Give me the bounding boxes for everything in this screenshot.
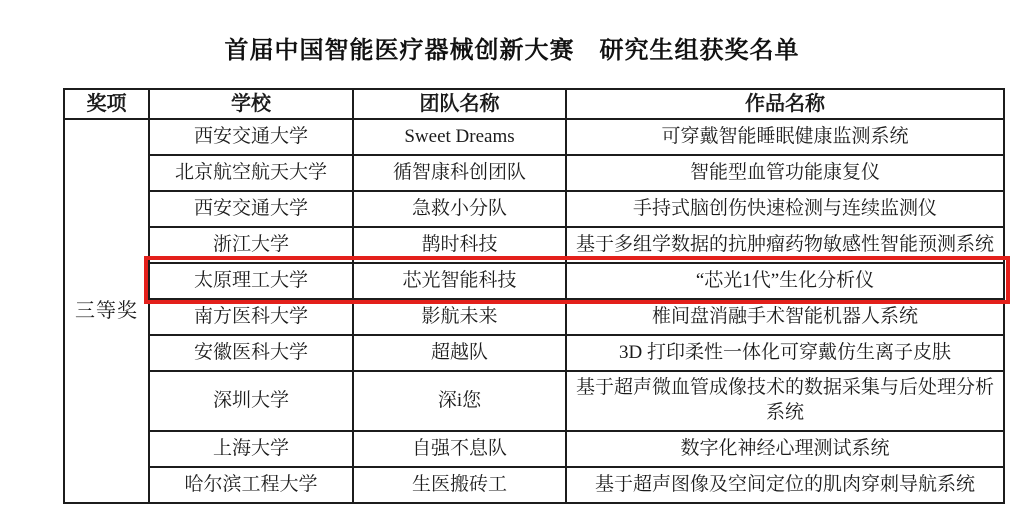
cell-school: 太原理工大学 bbox=[149, 263, 353, 299]
cell-team: 生医搬砖工 bbox=[353, 467, 566, 503]
document-page: { "title": "首届中国智能医疗器械创新大赛 研究生组获奖名单", "t… bbox=[0, 0, 1024, 529]
page-title: 首届中国智能医疗器械创新大赛 研究生组获奖名单 bbox=[0, 30, 1024, 65]
cell-team: 芯光智能科技 bbox=[353, 263, 566, 299]
cell-school: 安徽医科大学 bbox=[149, 335, 353, 371]
cell-work: 手持式脑创伤快速检测与连续监测仪 bbox=[566, 191, 1004, 227]
table-row: 南方医科大学 影航未来 椎间盘消融手术智能机器人系统 bbox=[64, 299, 1004, 335]
cell-work: 基于超声微血管成像技术的数据采集与后处理分析系统 bbox=[566, 371, 1004, 431]
cell-work: 基于超声图像及空间定位的肌肉穿刺导航系统 bbox=[566, 467, 1004, 503]
cell-school: 上海大学 bbox=[149, 431, 353, 467]
table-row: 浙江大学 鹊时科技 基于多组学数据的抗肿瘤药物敏感性智能预测系统 bbox=[64, 227, 1004, 263]
cell-team: 鹊时科技 bbox=[353, 227, 566, 263]
table-row: 安徽医科大学 超越队 3D 打印柔性一体化可穿戴仿生离子皮肤 bbox=[64, 335, 1004, 371]
cell-team: 超越队 bbox=[353, 335, 566, 371]
cell-school: 南方医科大学 bbox=[149, 299, 353, 335]
table-row: 北京航空航天大学 循智康科创团队 智能型血管功能康复仪 bbox=[64, 155, 1004, 191]
header-award: 奖项 bbox=[64, 89, 149, 119]
table-row: 哈尔滨工程大学 生医搬砖工 基于超声图像及空间定位的肌肉穿刺导航系统 bbox=[64, 467, 1004, 503]
cell-team: 急救小分队 bbox=[353, 191, 566, 227]
award-table: 奖项 学校 团队名称 作品名称 三等奖 西安交通大学 Sweet Dreams … bbox=[63, 88, 1005, 504]
cell-school: 西安交通大学 bbox=[149, 191, 353, 227]
header-school: 学校 bbox=[149, 89, 353, 119]
header-team: 团队名称 bbox=[353, 89, 566, 119]
cell-school: 哈尔滨工程大学 bbox=[149, 467, 353, 503]
cell-team: 影航未来 bbox=[353, 299, 566, 335]
table-row: 上海大学 自强不息队 数字化神经心理测试系统 bbox=[64, 431, 1004, 467]
cell-school: 浙江大学 bbox=[149, 227, 353, 263]
cell-school: 西安交通大学 bbox=[149, 119, 353, 155]
cell-school: 北京航空航天大学 bbox=[149, 155, 353, 191]
table-row: 三等奖 西安交通大学 Sweet Dreams 可穿戴智能睡眠健康监测系统 bbox=[64, 119, 1004, 155]
cell-team: Sweet Dreams bbox=[353, 119, 566, 155]
cell-team: 自强不息队 bbox=[353, 431, 566, 467]
cell-team: 循智康科创团队 bbox=[353, 155, 566, 191]
cell-work: 可穿戴智能睡眠健康监测系统 bbox=[566, 119, 1004, 155]
header-work: 作品名称 bbox=[566, 89, 1004, 119]
cell-work: 数字化神经心理测试系统 bbox=[566, 431, 1004, 467]
cell-work: 基于多组学数据的抗肿瘤药物敏感性智能预测系统 bbox=[566, 227, 1004, 263]
cell-work: 椎间盘消融手术智能机器人系统 bbox=[566, 299, 1004, 335]
cell-team: 深i您 bbox=[353, 371, 566, 431]
table-row: 西安交通大学 急救小分队 手持式脑创伤快速检测与连续监测仪 bbox=[64, 191, 1004, 227]
cell-work: 智能型血管功能康复仪 bbox=[566, 155, 1004, 191]
table-row: 深圳大学 深i您 基于超声微血管成像技术的数据采集与后处理分析系统 bbox=[64, 371, 1004, 431]
table-row-highlighted: 太原理工大学 芯光智能科技 “芯光1代”生化分析仪 bbox=[64, 263, 1004, 299]
table-header-row: 奖项 学校 团队名称 作品名称 bbox=[64, 89, 1004, 119]
cell-work: “芯光1代”生化分析仪 bbox=[566, 263, 1004, 299]
cell-work: 3D 打印柔性一体化可穿戴仿生离子皮肤 bbox=[566, 335, 1004, 371]
award-group-cell: 三等奖 bbox=[64, 119, 149, 503]
cell-school: 深圳大学 bbox=[149, 371, 353, 431]
